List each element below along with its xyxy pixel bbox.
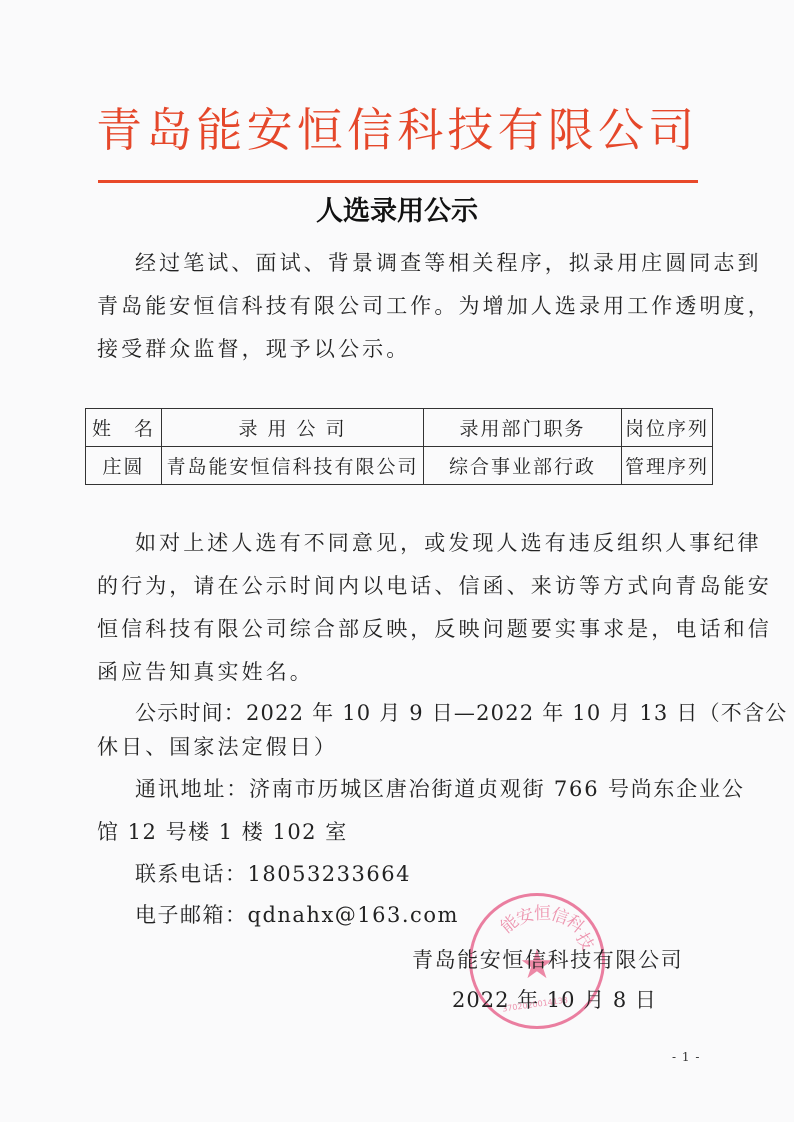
header-department-position: 录用部门职务 xyxy=(424,409,622,447)
page-number: - 1 - xyxy=(672,1050,700,1064)
intro-line: 青岛能安恒信科技有限公司工作。为增加人选录用工作透明度， xyxy=(97,291,772,321)
header-name: 姓 名 xyxy=(86,409,162,447)
intro-line: 经过笔试、面试、背景调查等相关程序，拟录用庄圆同志到 xyxy=(135,248,762,278)
period-line: 公示时间：2022 年 10 月 9 日—2022 年 10 月 13 日（不含… xyxy=(135,698,787,728)
header-company: 录 用 公 司 xyxy=(162,409,424,447)
company-letterhead-title: 青岛能安恒信科技有限公司 xyxy=(96,100,702,160)
signature-date: 2022 年 10 月 8 日 xyxy=(452,985,657,1015)
address-line: 馆 12 号楼 1 楼 102 室 xyxy=(97,817,348,847)
contact-email: 电子邮箱：qdnahx@163.com xyxy=(135,900,459,930)
table-row: 庄圆 青岛能安恒信科技有限公司 综合事业部行政 管理序列 xyxy=(86,447,713,485)
cell-position-sequence: 管理序列 xyxy=(622,447,713,485)
notice-line: 恒信科技有限公司综合部反映，反映问题要实事求是，电话和信 xyxy=(97,614,772,644)
signature-company: 青岛能安恒信科技有限公司 xyxy=(412,945,683,975)
contact-phone: 联系电话：18053233664 xyxy=(135,859,411,889)
header-position-sequence: 岗位序列 xyxy=(622,409,713,447)
notice-line: 函应告知真实姓名。 xyxy=(97,657,314,687)
intro-line: 接受群众监督，现予以公示。 xyxy=(97,334,410,364)
cell-company: 青岛能安恒信科技有限公司 xyxy=(162,447,424,485)
table-header-row: 姓 名 录 用 公 司 录用部门职务 岗位序列 xyxy=(86,409,713,447)
notice-line: 的行为，请在公示时间内以电话、信函、来访等方式向青岛能安 xyxy=(97,571,772,601)
letterhead-red-rule xyxy=(98,180,698,183)
hiring-table: 姓 名 录 用 公 司 录用部门职务 岗位序列 庄圆 青岛能安恒信科技有限公司 … xyxy=(85,408,713,485)
notice-line: 如对上述人选有不同意见，或发现人选有违反组织人事纪律 xyxy=(135,528,762,558)
cell-department-position: 综合事业部行政 xyxy=(424,447,622,485)
address-line: 通讯地址：济南市历城区唐冶街道贞观街 766 号尚东企业公 xyxy=(135,774,745,804)
period-line: 休日、国家法定假日） xyxy=(97,732,338,762)
document-subtitle: 人选录用公示 xyxy=(0,192,794,232)
cell-name: 庄圆 xyxy=(86,447,162,485)
